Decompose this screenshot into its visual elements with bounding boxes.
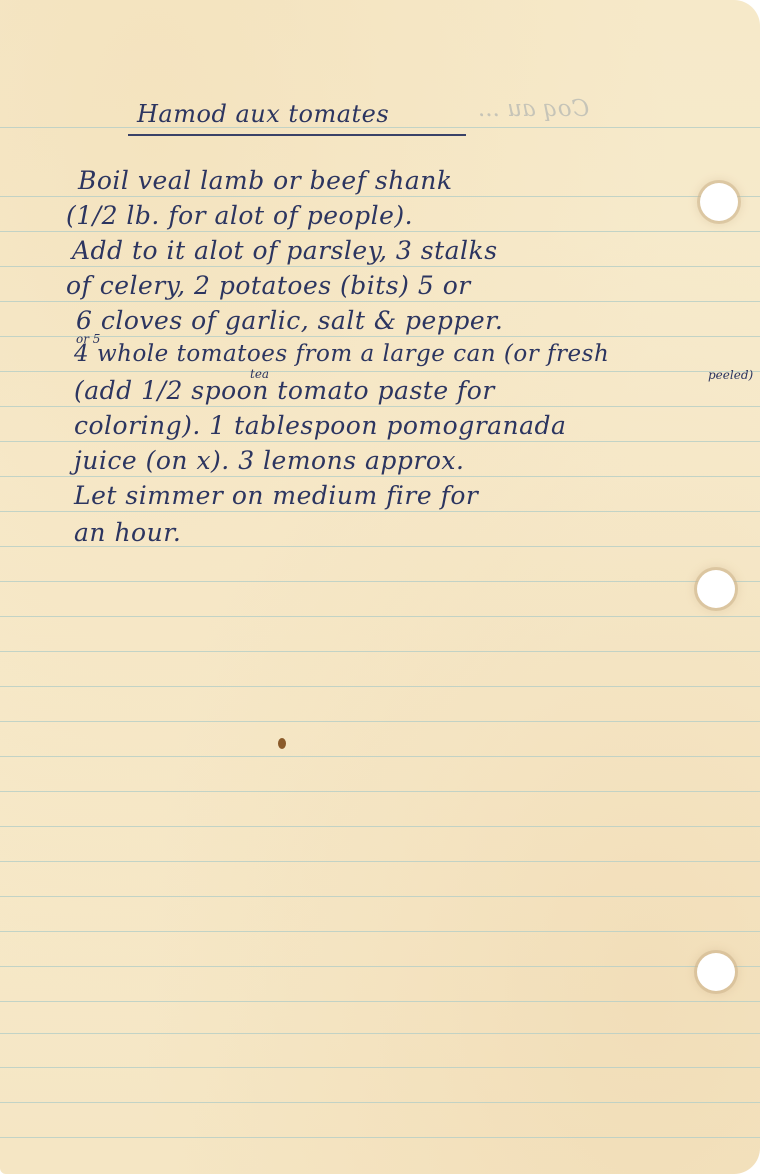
bleed-through-title: Coq au ...	[478, 96, 589, 122]
title-underline	[128, 134, 466, 136]
ruled-line	[0, 476, 760, 477]
ruled-line	[0, 791, 760, 792]
recipe-line: juice (on x). 3 lemons approx.	[74, 446, 464, 475]
ruled-line	[0, 1102, 760, 1103]
ruled-line	[0, 826, 760, 827]
ruled-line	[0, 371, 760, 372]
ruled-line	[0, 651, 760, 652]
annotation-or-5: or 5	[76, 332, 100, 346]
recipe-line: of celery, 2 potatoes (bits) 5 or	[66, 271, 471, 300]
ruled-line	[0, 266, 760, 267]
binder-hole-bottom	[697, 953, 735, 991]
ruled-line	[0, 1001, 760, 1002]
ruled-line	[0, 756, 760, 757]
ruled-line	[0, 406, 760, 407]
recipe-line: Add to it alot of parsley, 3 stalks	[72, 236, 498, 265]
ruled-line	[0, 581, 760, 582]
ruled-line	[0, 301, 760, 302]
ruled-line	[0, 861, 760, 862]
ruled-line	[0, 1033, 760, 1034]
recipe-line: Let simmer on medium fire for	[74, 481, 478, 510]
ruled-line	[0, 231, 760, 232]
recipe-title: Hamod aux tomates	[137, 100, 389, 128]
ruled-line	[0, 686, 760, 687]
ruled-line	[0, 721, 760, 722]
recipe-line: coloring). 1 tablespoon pomogranada	[74, 411, 566, 440]
recipe-line: (1/2 lb. for alot of people).	[66, 201, 413, 230]
ruled-line	[0, 511, 760, 512]
binder-hole-middle	[697, 570, 735, 608]
ruled-line	[0, 336, 760, 337]
ruled-line	[0, 896, 760, 897]
ruled-line	[0, 616, 760, 617]
annotation-tea: tea	[250, 367, 269, 381]
ruled-line	[0, 441, 760, 442]
ink-stain	[278, 738, 286, 749]
ruled-line	[0, 1067, 760, 1068]
binder-hole-top	[700, 183, 738, 221]
ruled-line	[0, 196, 760, 197]
recipe-line: Boil veal lamb or beef shank	[78, 166, 453, 195]
recipe-line: (add 1/2 spoon tomato paste for	[74, 376, 495, 405]
annotation-peeled: peeled)	[708, 368, 753, 382]
ruled-line	[0, 1137, 760, 1138]
ruled-line	[0, 931, 760, 932]
recipe-line: 6 cloves of garlic, salt & pepper.	[76, 306, 503, 335]
recipe-card: Coq au ... Hamod aux tomates Boil veal l…	[0, 0, 760, 1174]
recipe-line: an hour.	[74, 518, 181, 547]
ruled-line	[0, 966, 760, 967]
recipe-line: 4 whole tomatoes from a large can (or fr…	[74, 341, 609, 367]
